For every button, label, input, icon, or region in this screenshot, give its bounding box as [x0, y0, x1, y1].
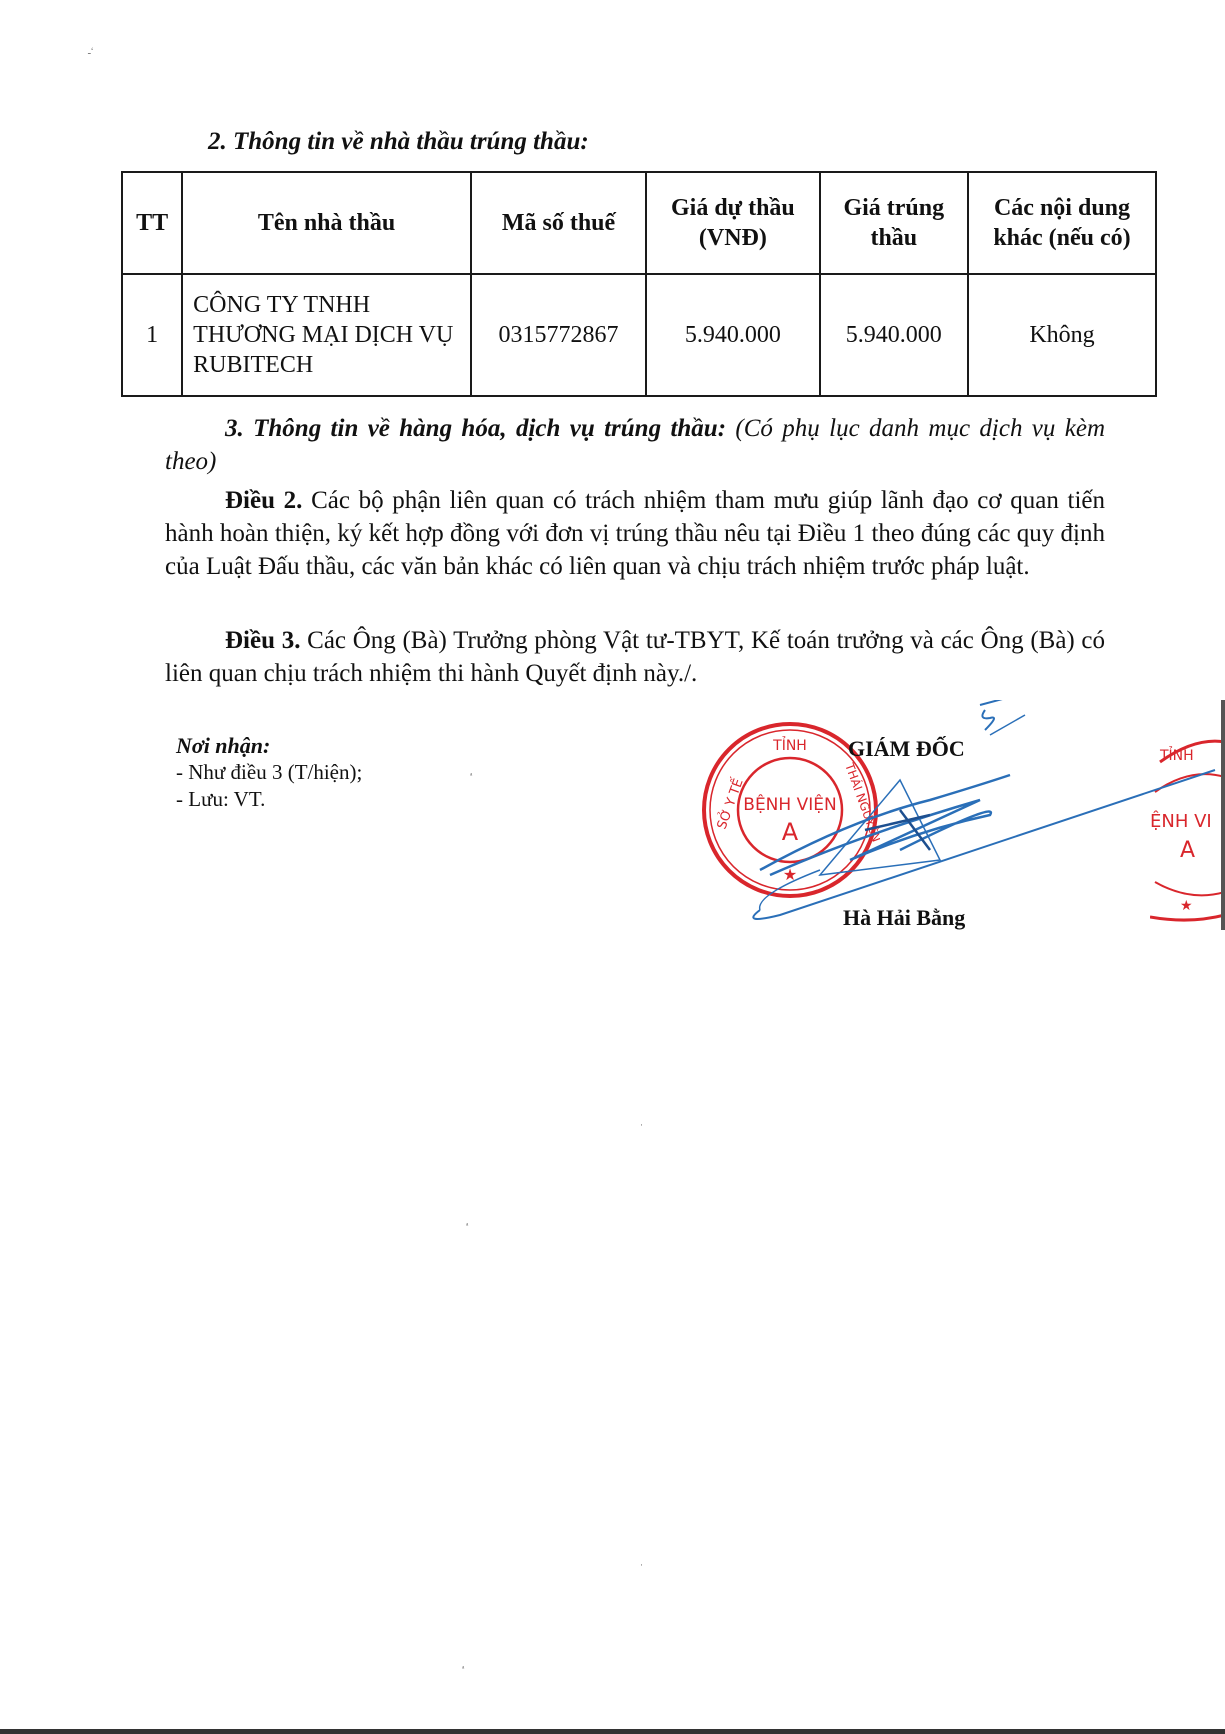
- header-bid-price: Giá dự thầu (VNĐ): [646, 172, 820, 274]
- cell-winning-price: 5.940.000: [820, 274, 968, 396]
- table-header-row: TT Tên nhà thầu Mã số thuế Giá dự thầu (…: [122, 172, 1156, 274]
- cell-tax-code: 0315772867: [471, 274, 646, 396]
- header-tax-code: Mã số thuế: [471, 172, 646, 274]
- scan-artifact: ـ‘: [88, 46, 94, 57]
- scan-artifact: ᵃ: [462, 1663, 464, 1673]
- contractor-table: TT Tên nhà thầu Mã số thuế Giá dự thầu (…: [121, 171, 1157, 397]
- scan-edge: [1221, 700, 1225, 930]
- section-3-heading: 3. Thông tin về hàng hóa, dịch vụ trúng …: [225, 415, 726, 442]
- scan-artifact: ·: [640, 1560, 643, 1570]
- recipients-title: Nơi nhận:: [176, 732, 362, 759]
- signer-name: Hà Hải Bằng: [843, 905, 965, 931]
- cell-contractor-name: CÔNG TY TNHH THƯƠNG MẠI DỊCH VỤ RUBITECH: [182, 274, 471, 396]
- recipient-item: - Như điều 3 (T/hiện);: [176, 759, 362, 786]
- header-tt: TT: [122, 172, 182, 274]
- cell-tt: 1: [122, 274, 182, 396]
- section-2-heading: 2. Thông tin về nhà thầu trúng thầu:: [208, 128, 589, 156]
- scan-artifact: ᵃ: [470, 770, 472, 780]
- header-contractor-name: Tên nhà thầu: [182, 172, 471, 274]
- article-3-paragraph: Điều 3. Các Ông (Bà) Trưởng phòng Vật tư…: [165, 624, 1105, 690]
- article-2-text: Các bộ phận liên quan có trách nhiệm tha…: [165, 487, 1105, 580]
- section-3-paragraph: 3. Thông tin về hàng hóa, dịch vụ trúng …: [165, 412, 1105, 478]
- cell-bid-price: 5.940.000: [646, 274, 820, 396]
- article-2-label: Điều 2.: [225, 487, 302, 514]
- article-3-text: Các Ông (Bà) Trưởng phòng Vật tư-TBYT, K…: [165, 627, 1105, 687]
- header-other-content: Các nội dung khác (nếu có): [968, 172, 1156, 274]
- scan-artifact: ·: [640, 1120, 643, 1130]
- recipients-block: Nơi nhận: - Như điều 3 (T/hiện); - Lưu: …: [176, 732, 362, 813]
- scan-artifact: ᵃ: [466, 1220, 468, 1230]
- signature-icon: [700, 700, 1220, 930]
- article-3-label: Điều 3.: [225, 627, 300, 654]
- article-2-paragraph: Điều 2. Các bộ phận liên quan có trách n…: [165, 484, 1105, 583]
- table-row: 1 CÔNG TY TNHH THƯƠNG MẠI DỊCH VỤ RUBITE…: [122, 274, 1156, 396]
- cell-other-content: Không: [968, 274, 1156, 396]
- scan-bottom-edge: [0, 1729, 1225, 1734]
- header-winning-price: Giá trúng thầu: [820, 172, 968, 274]
- recipient-item: - Lưu: VT.: [176, 786, 362, 813]
